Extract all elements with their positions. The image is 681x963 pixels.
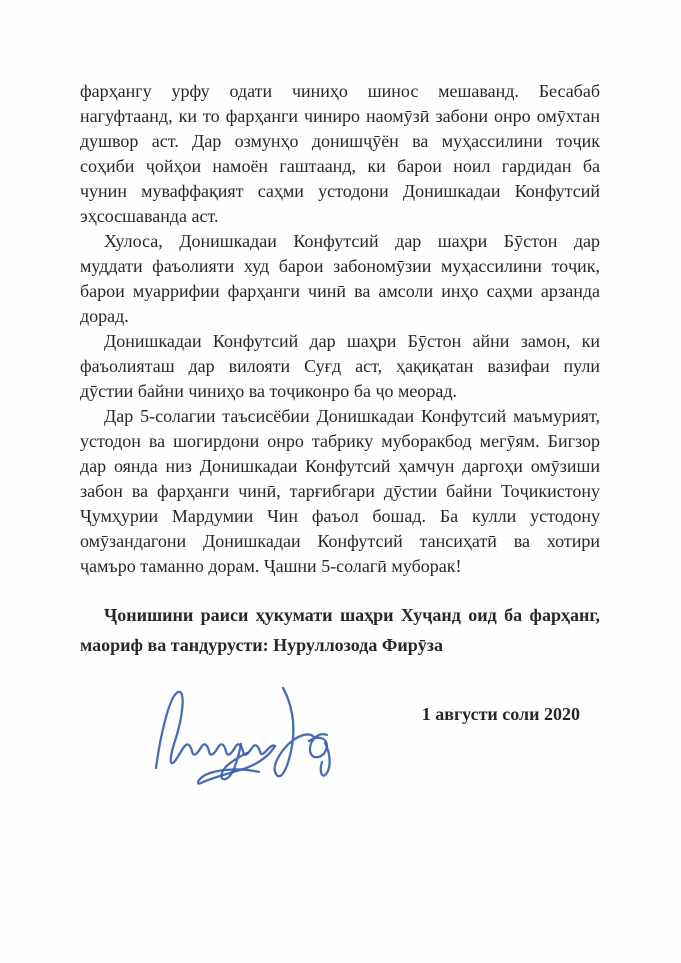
text-line: омӯзандагони Донишкадаи Конфутсий тансиҳ… <box>80 529 600 554</box>
text-line: соҳиби ҷойҳои намоён гаштаанд, ки барои … <box>80 154 600 179</box>
body-paragraph: Донишкадаи Конфутсий дар шаҳри Бӯстон ай… <box>80 329 600 404</box>
text-line: устодон ва шогирдони онро табрику мубора… <box>80 429 600 454</box>
text-line: фарҳангу урфу одати чиниҳо шинос мешаван… <box>80 79 600 104</box>
text-line: дар оянда низ Донишкадаи Конфутсий ҳамчу… <box>80 454 600 479</box>
date-line: 1 августи соли 2020 <box>422 704 580 725</box>
document-page: фарҳангу урфу одати чиниҳо шинос мешаван… <box>0 0 681 963</box>
text-line: барои муаррифии фарҳанги чинӣ ва амсоли … <box>80 279 600 304</box>
text-line: Донишкадаи Конфутсий дар шаҳри Бӯстон ай… <box>80 329 600 354</box>
text-line: Ҷонишини раиси ҳукумати шаҳри Хуҷанд оид… <box>80 600 600 630</box>
handwritten-signature <box>140 680 340 795</box>
text-line: маориф ва тандурусти: Нуруллозода Фирӯза <box>80 630 600 660</box>
text-line: дорад. <box>80 304 600 329</box>
text-line: дӯстии байни чиниҳо ва тоҷиконро ба ҷо м… <box>80 379 600 404</box>
body-paragraph: фарҳангу урфу одати чиниҳо шинос мешаван… <box>80 79 600 229</box>
text-line: забон ва фарҳанги чинӣ, тарғибгари дӯсти… <box>80 479 600 504</box>
text-block: фарҳангу урфу одати чиниҳо шинос мешаван… <box>80 79 600 660</box>
text-line: чунин муваффақият саҳми устодони Донишка… <box>80 179 600 204</box>
text-line: Дар 5-солагии таъсисёбии Донишкадаи Конф… <box>80 404 600 429</box>
text-line: нагуфтаанд, ки то фарҳанги чиниро наомӯз… <box>80 104 600 129</box>
body-paragraph: Дар 5-солагии таъсисёбии Донишкадаи Конф… <box>80 404 600 579</box>
text-line: фаъолияташ дар вилояти Суғд аст, ҳақиқат… <box>80 354 600 379</box>
text-line: муддати фаъолияти худ барои забономӯзии … <box>80 254 600 279</box>
signature-image <box>140 680 340 795</box>
text-line: Хулоса, Донишкадаи Конфутсий дар шаҳри Б… <box>80 229 600 254</box>
text-line: душвор аст. Дар озмунҳо донишҷӯён ва муҳ… <box>80 129 600 154</box>
text-line: эҳсосшаванда аст. <box>80 204 600 229</box>
body-paragraph: Хулоса, Донишкадаи Конфутсий дар шаҳри Б… <box>80 229 600 329</box>
text-line: ҷамъро таманно дорам. Ҷашни 5-солагӣ муб… <box>80 554 600 579</box>
text-line: Ҷумҳурии Мардумии Чин фаъол бошад. Ба ку… <box>80 504 600 529</box>
signatory-paragraph: Ҷонишини раиси ҳукумати шаҳри Хуҷанд оид… <box>80 600 600 660</box>
